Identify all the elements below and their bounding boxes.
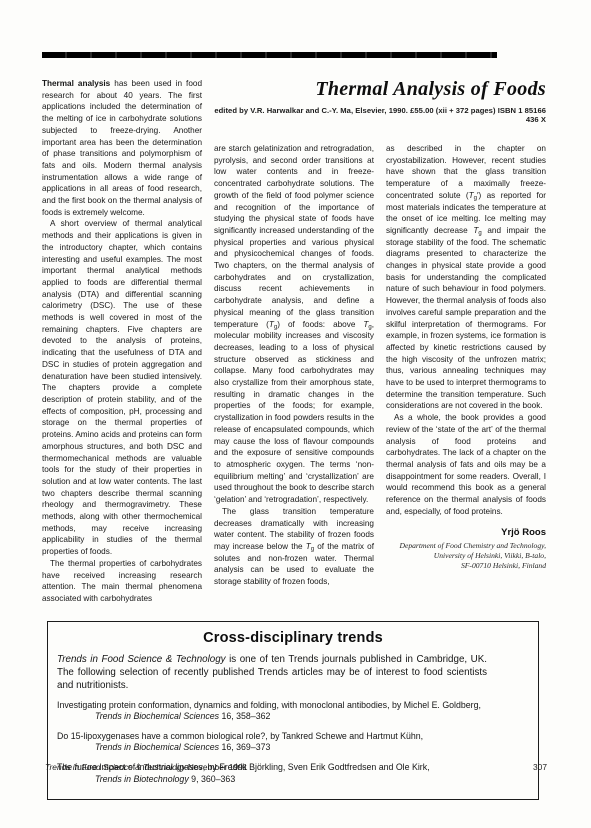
trends-article-entry: Do 15-lipoxygenases have a common biolog… [57, 731, 529, 754]
two-columns: are starch gelatinization and retrograda… [214, 143, 546, 588]
footer-journal-name: Trends in Food Science & Technology [45, 762, 186, 772]
body-paragraph: Thermal analysis has been used in food r… [42, 78, 202, 218]
edition-line: edited by V.R. Harwalkar and C.-Y. Ma, E… [214, 106, 546, 124]
body-paragraph: are starch gelatinization and retrograda… [214, 143, 374, 506]
trends-article-list: Investigating protein conformation, dyna… [57, 700, 529, 786]
reviewer-affiliation: Department of Food Chemistry and Technol… [386, 541, 546, 571]
header-rule-bar [42, 52, 497, 58]
body-paragraph: as described in the chapter on cryostabi… [386, 143, 546, 412]
page-number: 307 [533, 762, 547, 772]
body-paragraph: The glass transition temperature decreas… [214, 506, 374, 588]
right-area: Thermal Analysis of Foods edited by V.R.… [214, 78, 546, 605]
body-paragraph: The thermal properties of carbohydrates … [42, 558, 202, 605]
title-block: Thermal Analysis of Foods edited by V.R.… [214, 78, 546, 124]
text-column-3: as described in the chapter on cryostabi… [386, 143, 546, 588]
trends-article-entry: Investigating protein conformation, dyna… [57, 700, 529, 723]
journal-page: Thermal analysis has been used in food r… [0, 0, 591, 828]
box-intro: Trends in Food Science & Technology is o… [57, 653, 487, 692]
affiliation-line: University of Helsinki, Viikki, B-talo, [386, 551, 546, 561]
column-paragraphs: as described in the chapter on cryostabi… [386, 143, 546, 518]
column-paragraphs: are starch gelatinization and retrograda… [214, 143, 374, 588]
journal-name-italic: Trends in Food Science & Technology [57, 654, 226, 665]
review-content: Thermal analysis has been used in food r… [42, 78, 547, 605]
book-title: Thermal Analysis of Foods [214, 78, 546, 101]
affiliation-line: Department of Food Chemistry and Technol… [386, 541, 546, 551]
body-paragraph: As a whole, the book provides a good rev… [386, 412, 546, 517]
body-paragraph: A short overview of thermal analytical m… [42, 218, 202, 557]
text-column-1: Thermal analysis has been used in food r… [42, 78, 202, 605]
affiliation-line: SF-00710 Helsinki, Finland [386, 561, 546, 571]
reviewer-name: Yrjö Roos [386, 527, 546, 538]
footer-date: November 1991 [186, 762, 248, 772]
page-footer: Trends in Food Science & Technology Nove… [45, 762, 547, 772]
cross-disciplinary-box: Cross-disciplinary trends Trends in Food… [47, 621, 539, 801]
box-heading: Cross-disciplinary trends [57, 630, 529, 646]
footer-journal-line: Trends in Food Science & Technology Nove… [45, 762, 248, 772]
text-column-2: are starch gelatinization and retrograda… [214, 143, 374, 588]
column-paragraphs: Thermal analysis has been used in food r… [42, 78, 202, 605]
